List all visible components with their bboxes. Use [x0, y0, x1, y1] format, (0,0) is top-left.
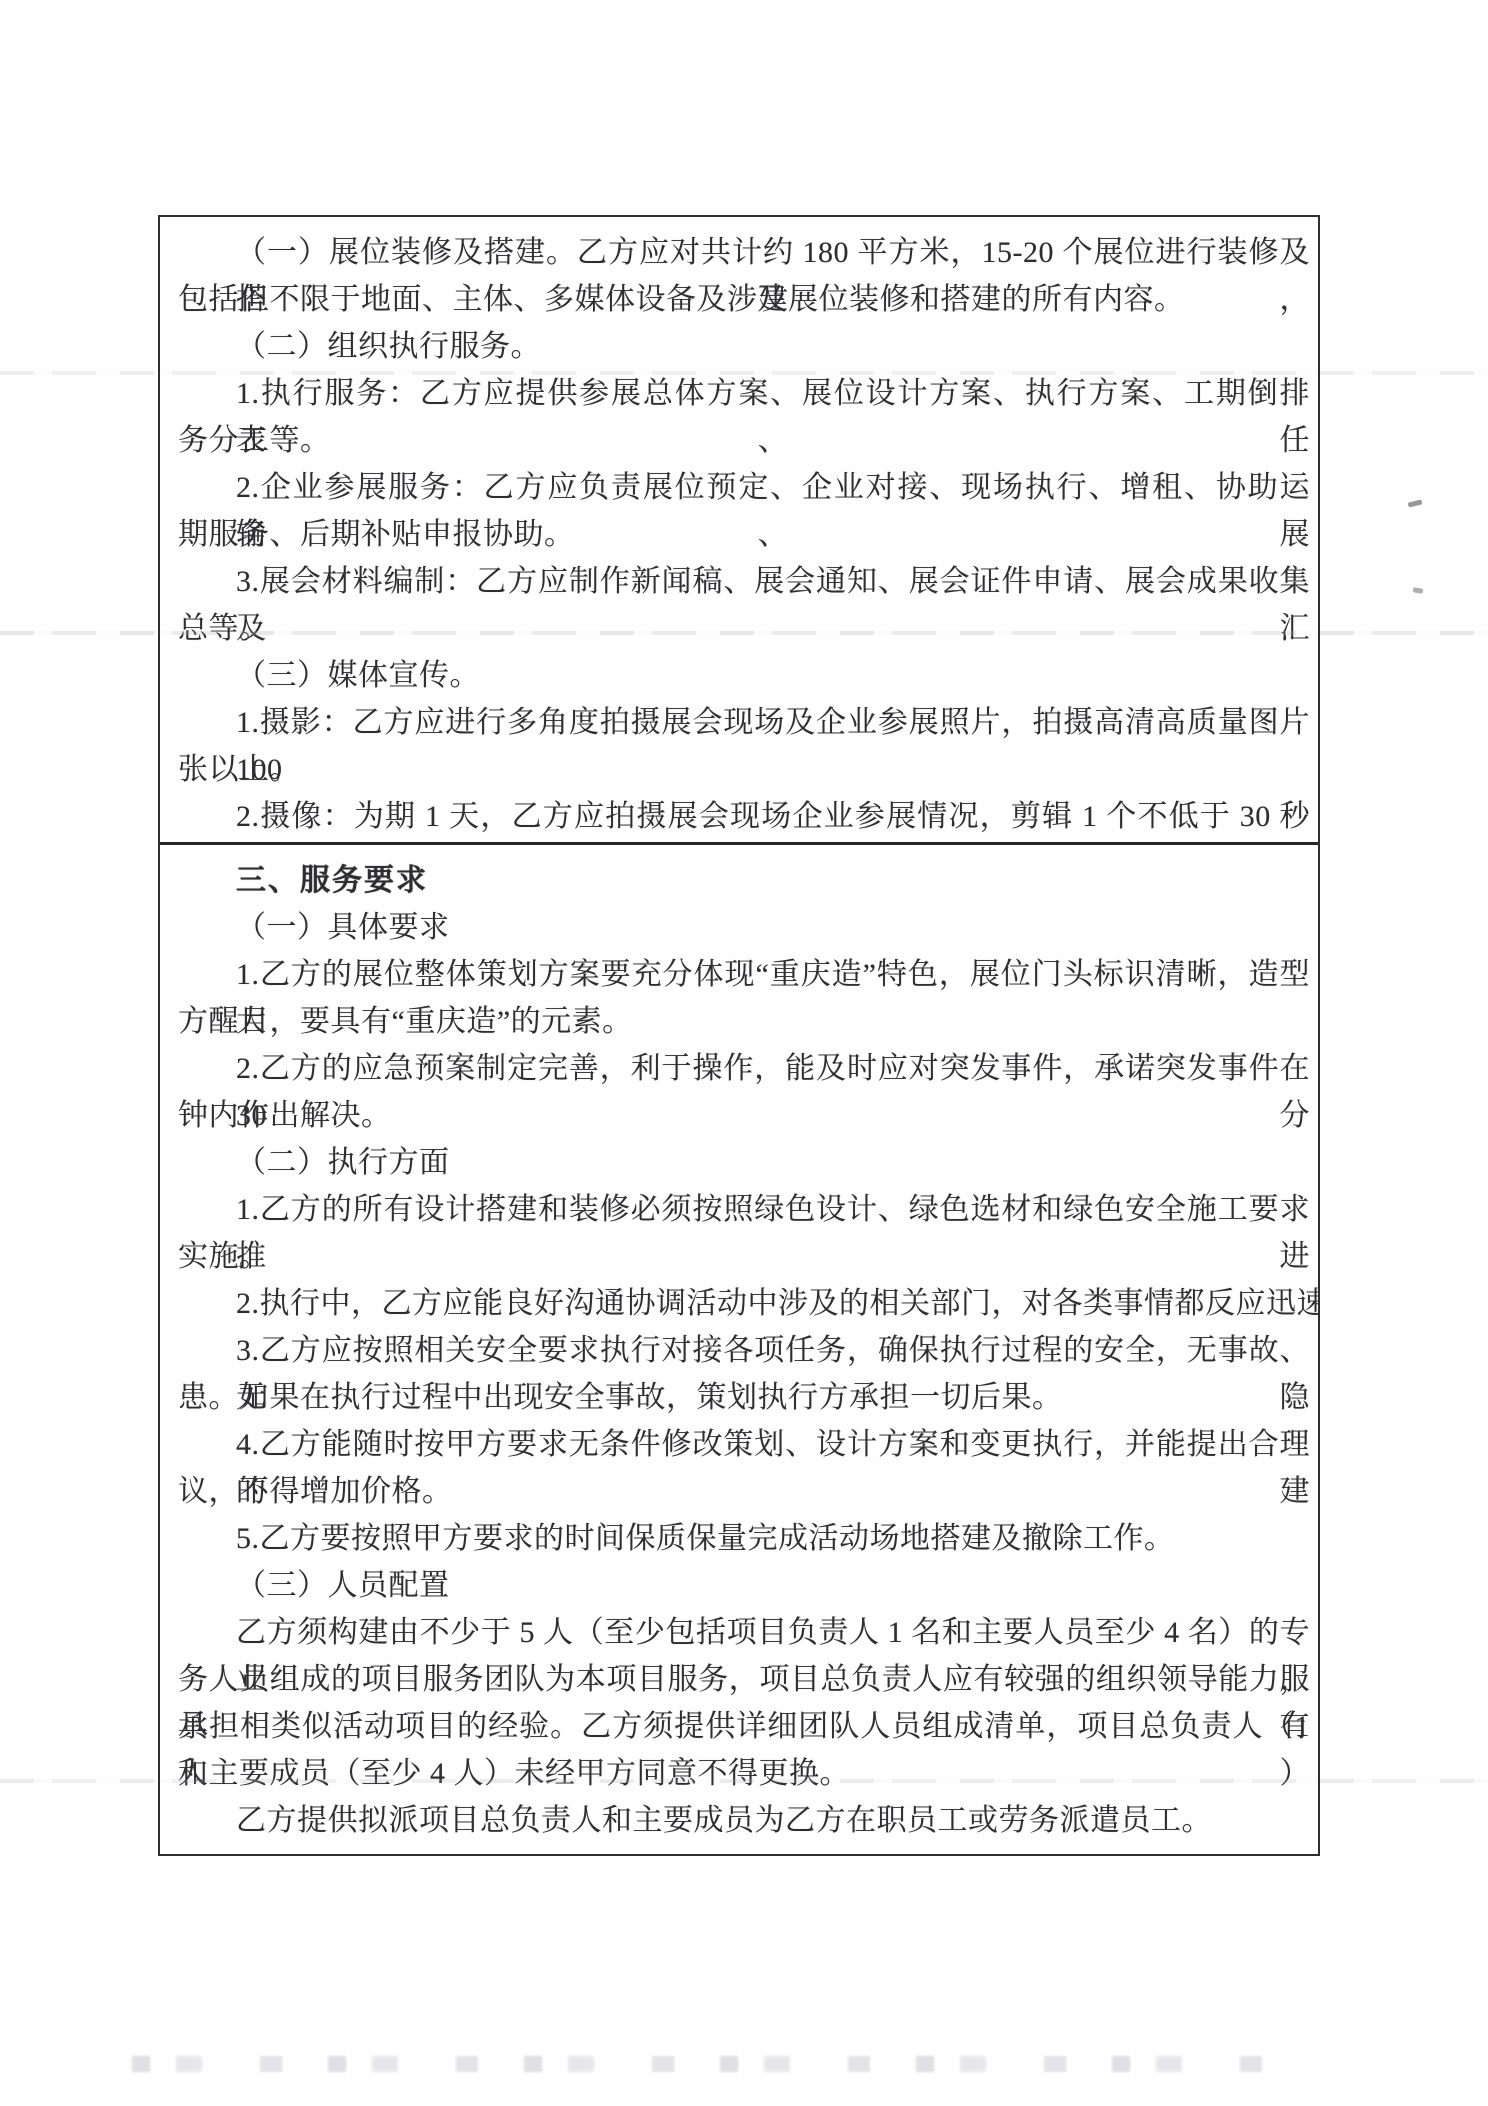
text-line: 乙方须构建由不少于 5 人（至少包括项目负责人 1 名和主要人员至少 4 名）的… — [178, 1609, 1312, 1656]
cell-service-requirements: 三、服务要求（一）具体要求1.乙方的展位整体策划方案要充分体现“重庆造”特色，展… — [160, 845, 1318, 1854]
text-line: 务人员组成的项目服务团队为本项目服务，项目总负责人应有较强的组织领导能力，具有 — [178, 1656, 1312, 1703]
text-line: 方醒目，要具有“重庆造”的元素。 — [178, 998, 1312, 1045]
text-line: （二）组织执行服务。 — [178, 323, 1312, 370]
contract-table: （一）展位装修及搭建。乙方应对共计约 180 平方米，15-20 个展位进行装修… — [158, 215, 1320, 1856]
ink-speck — [1408, 499, 1423, 507]
text-line: 5.乙方要按照甲方要求的时间保质保量完成活动场地搭建及撤除工作。 — [178, 1515, 1312, 1562]
text-line: 1.执行服务：乙方应提供参展总体方案、展位设计方案、执行方案、工期倒排表、任 — [178, 370, 1312, 417]
text-line: 2.企业参展服务：乙方应负责展位预定、企业对接、现场执行、增租、协助运输、展 — [178, 464, 1312, 511]
text-line: 2.执行中，乙方应能良好沟通协调活动中涉及的相关部门，对各类事情都反应迅速。 — [178, 1280, 1312, 1327]
bleed-through-noise — [132, 2056, 1282, 2072]
text-line: 1.乙方的展位整体策划方案要充分体现“重庆造”特色，展位门头标识清晰，造型大 — [178, 951, 1312, 998]
cell-service-content: （一）展位装修及搭建。乙方应对共计约 180 平方米，15-20 个展位进行装修… — [160, 217, 1318, 845]
text-line: 3.展会材料编制：乙方应制作新闻稿、展会通知、展会证件申请、展会成果收集及汇 — [178, 558, 1312, 605]
text-line: （一）具体要求 — [178, 904, 1312, 951]
text-line: 承担相类似活动项目的经验。乙方须提供详细团队人员组成清单，项目总负责人（1 人） — [178, 1703, 1312, 1750]
text-line: （三）媒体宣传。 — [178, 652, 1312, 699]
text-line: 4.乙方能随时按甲方要求无条件修改策划、设计方案和变更执行，并能提出合理的建 — [178, 1421, 1312, 1468]
text-line: 3.乙方应按照相关安全要求执行对接各项任务，确保执行过程的安全，无事故、无隐 — [178, 1327, 1312, 1374]
section-heading: 三、服务要求 — [178, 857, 1312, 904]
text-line: 2.摄像：为期 1 天，乙方应拍摄展会现场企业参展情况，剪辑 1 个不低于 30… — [178, 793, 1312, 840]
text-line: （一）展位装修及搭建。乙方应对共计约 180 平方米，15-20 个展位进行装修… — [178, 229, 1312, 276]
ink-speck — [1413, 587, 1424, 594]
text-line: 2.乙方的应急预案制定完善，利于操作，能及时应对突发事件，承诺突发事件在 30 … — [178, 1045, 1312, 1092]
document-page: （一）展位装修及搭建。乙方应对共计约 180 平方米，15-20 个展位进行装修… — [0, 0, 1488, 2106]
text-line: （三）人员配置 — [178, 1562, 1312, 1609]
text-line: 1.乙方的所有设计搭建和装修必须按照绿色设计、绿色选材和绿色安全施工要求推进 — [178, 1186, 1312, 1233]
text-line: 包括但不限于地面、主体、多媒体设备及涉及展位装修和搭建的所有内容。 — [178, 276, 1312, 323]
text-line: 乙方提供拟派项目总负责人和主要成员为乙方在职员工或劳务派遣员工。 — [178, 1797, 1312, 1844]
text-line: 张以上。 — [178, 746, 1312, 793]
text-line: （二）执行方面 — [178, 1139, 1312, 1186]
text-line: 1.摄影：乙方应进行多角度拍摄展会现场及企业参展照片，拍摄高清高质量图片 100 — [178, 699, 1312, 746]
